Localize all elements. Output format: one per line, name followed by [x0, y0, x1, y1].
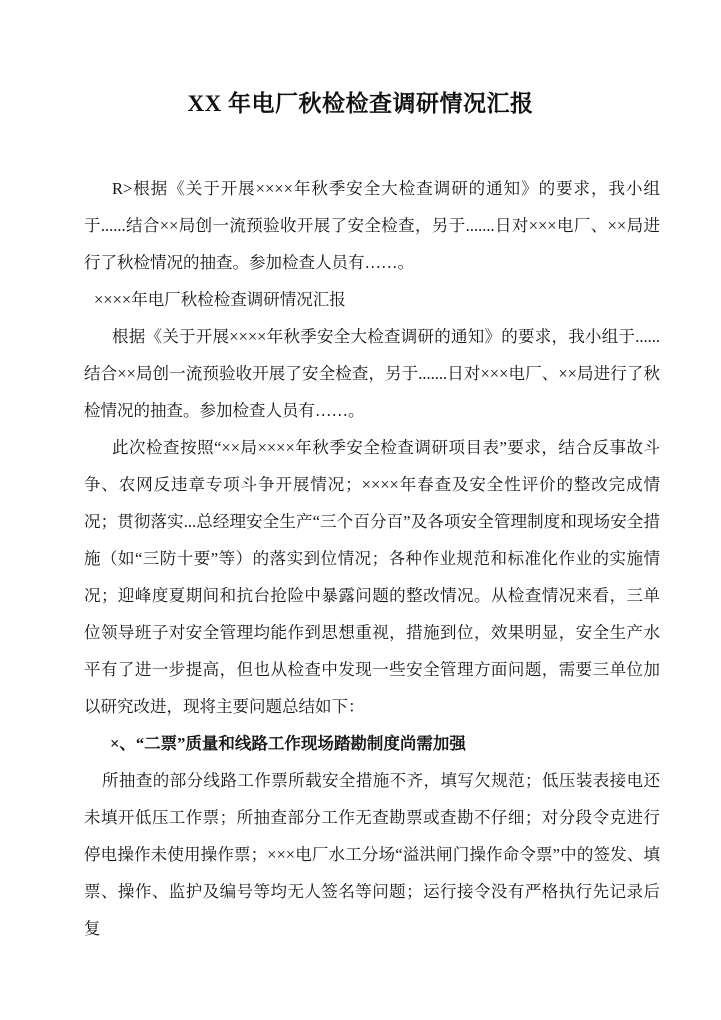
document-page: XX 年电厂秋检检查调研情况汇报 R>根据《关于开展××××年秋季安全大检查调研…: [0, 0, 721, 1020]
section-1-body-paragraph: 所抽查的部分线路工作票所载安全措施不齐，填写欠规范；低压装表接电还未填开低压工作…: [84, 762, 660, 947]
subtitle-line: ××××年电厂秋检检查调研情况汇报: [84, 281, 660, 318]
document-body: R>根据《关于开展××××年秋季安全大检查调研的通知》的要求，我小组于.....…: [84, 170, 660, 947]
inspection-overview-paragraph: 此次检查按照“××局××××年秋季安全检查调研项目表”要求，结合反事故斗争、农网…: [84, 429, 660, 725]
report-intro-paragraph: 根据《关于开展××××年秋季安全大检查调研的通知》的要求，我小组于......结…: [84, 318, 660, 429]
intro-paragraph: R>根据《关于开展××××年秋季安全大检查调研的通知》的要求，我小组于.....…: [84, 170, 660, 281]
section-heading-1: ×、“二票”质量和线路工作现场踏勘制度尚需加强: [84, 725, 660, 762]
document-title: XX 年电厂秋检检查调研情况汇报: [0, 0, 721, 119]
